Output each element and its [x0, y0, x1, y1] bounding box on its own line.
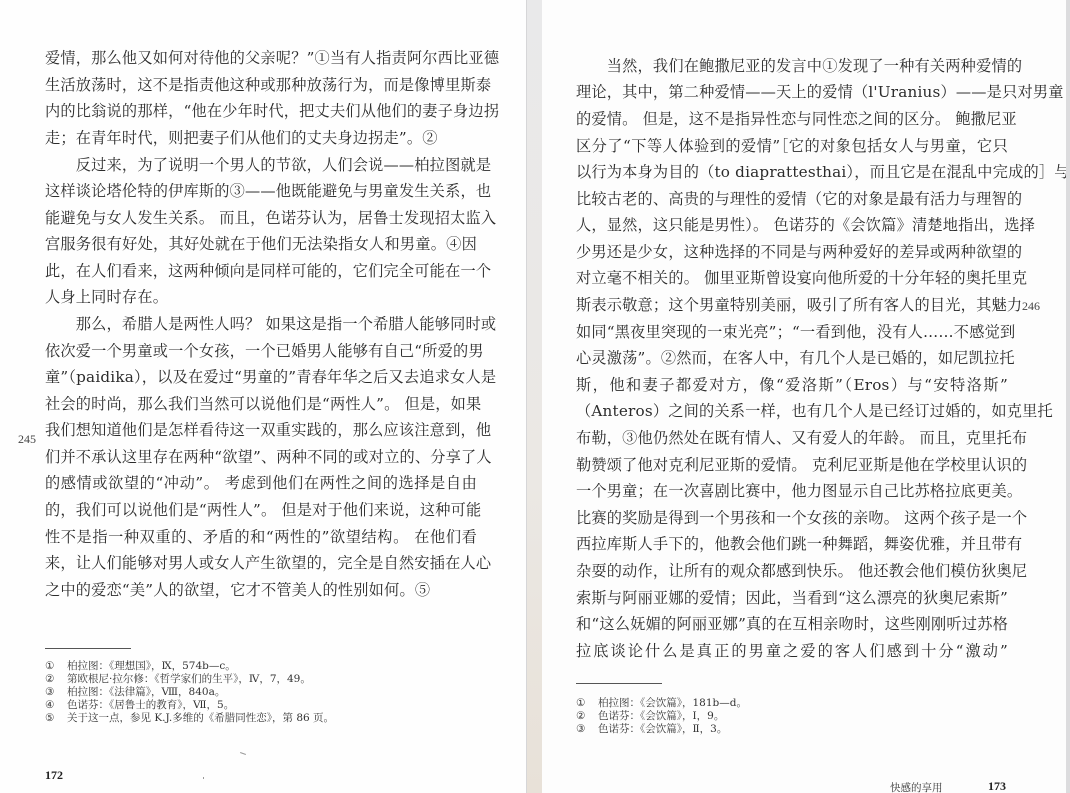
text-line: 勒赞颂了他对克利尼亚斯的爱情。 克利尼亚斯是他在学校里认识的	[576, 455, 1008, 475]
text-line: 我们想知道他们是怎样看待这一双重实践的，那么应该注意到，他	[45, 420, 477, 440]
page-number: 172	[45, 768, 63, 783]
footnote-mark: ①	[45, 660, 67, 673]
window-edge	[1066, 0, 1070, 793]
text-line: 一个男童；在一次喜剧比赛中，他力图显示自己比苏格拉底更美。	[576, 481, 1008, 501]
footnote-item: ⑤关于这一点，参见 K.J.多维的《希腊同性恋》，第 86 页。	[45, 712, 334, 725]
text-line: 社会的时尚，那么我们当然可以说他们是“两性人”。 但是，如果	[45, 394, 477, 414]
text-line: 人身上同时存在。	[45, 287, 477, 307]
text-line: 索斯与阿丽亚娜的爱情；因此，当看到“这么漂亮的狄奥尼索斯”	[576, 588, 1008, 608]
text-line: 区分了“下等人体验到的爱情”［它的对象包括女人与男童，它只	[576, 136, 1008, 156]
text-line: 童”（paidika），以及在爱过“男童的”青春年华之后又去追求女人是	[45, 367, 477, 387]
text-line: 之中的爱恋“美”人的欲望，它才不管美人的性别如何。⑤	[45, 580, 477, 600]
text-line: 理论，其中，第二种爱情——天上的爱情（l'Uranius）——是只对男童	[576, 82, 1008, 102]
footnote-mark: ③	[45, 686, 67, 699]
footnote-item: ③色诺芬：《会饮篇》，Ⅱ，3。	[576, 723, 727, 736]
text-line: 比赛的奖励是得到一个男孩和一个女孩的亲吻。 这两个孩子是一个	[576, 508, 1008, 528]
scan-speck	[240, 752, 246, 755]
text-line: 那么，希腊人是两性人吗？ 如果这是指一个希腊人能够同时或	[45, 314, 477, 334]
text-line: 依次爱一个男童或一个女孩，一个已婚男人能够有自己“所爱的男	[45, 341, 477, 361]
text-line: 反过来，为了说明一个男人的节欲，人们会说——柏拉图就是	[45, 155, 477, 175]
text-line: 西拉库斯人手下的，他教会他们跳一种舞蹈，舞姿优雅，并且带有	[576, 534, 1008, 554]
text-line: 如同“黑夜里突现的一束光亮”；“一看到他，没有人……不感觉到	[576, 322, 1008, 342]
margin-page-marker: 245	[18, 432, 36, 447]
footnote-mark: ③	[576, 723, 598, 736]
text-line: 爱情，那么他又如何对待他的父亲呢？”①当有人指责阿尔西比亚德	[45, 48, 477, 68]
text-line: 此，在人们看来，这两种倾向是同样可能的，它们完全可能在一个	[45, 261, 477, 281]
footnote-rule	[576, 683, 662, 684]
text-line: 走；在青年时代，则把妻子们从他们的丈夫身边拐走”。②	[45, 128, 477, 148]
footnote-text: 第欧根尼·拉尔修：《哲学家们的生平》，Ⅳ，7，49。	[67, 673, 311, 685]
text-line: 斯，他和妻子都爱对方，像“爱洛斯”（Eros）与“安特洛斯”	[576, 375, 1008, 395]
text-line: 生活放荡时，这不是指责他这种或那种放荡行为，而是像博里斯泰	[45, 75, 477, 95]
text-line: 对立毫不相关的。 伽里亚斯曾设宴向他所爱的十分年轻的奥托里克	[576, 268, 1008, 288]
text-line: 杂耍的动作，让所有的观众都感到快乐。 他还教会他们模仿狄奥尼	[576, 561, 1008, 581]
footnote-item: ①柏拉图：《理想国》，Ⅸ，574b—c。	[45, 660, 236, 673]
text-line: 的感情或欲望的“冲动”。 考虑到他们在两性之间的选择是自由	[45, 473, 477, 493]
text-line: 少男还是少女，这种选择的不同是与两种爱好的差异或两种欲望的	[576, 242, 1008, 262]
footnote-item: ②色诺芬：《会饮篇》，Ⅰ，9。	[576, 710, 724, 723]
footnote-text: 柏拉图：《会饮篇》，181b—d。	[598, 697, 747, 709]
footnote-mark: ①	[576, 697, 598, 710]
text-line: 和“这么妩媚的阿丽亚娜”真的在互相亲吻时，这些刚刚听过苏格	[576, 614, 1008, 634]
text-line: 拉底谈论什么是真正的男童之爱的客人们感到十分“激动”	[576, 641, 1008, 661]
footnote-item: ③柏拉图：《法律篇》，Ⅷ，840a。	[45, 686, 225, 699]
footnote-item: ④色诺芬：《居鲁士的教育》，Ⅶ，5。	[45, 699, 234, 712]
text-line: 们并不承认这里存在两种“欲望”、两种不同的或对立的、分享了人	[45, 447, 477, 467]
footnote-text: 关于这一点，参见 K.J.多维的《希腊同性恋》，第 86 页。	[67, 712, 334, 724]
footnote-text: 色诺芬：《会饮篇》，Ⅰ，9。	[598, 710, 724, 722]
running-head: 快感的享用	[890, 780, 943, 793]
text-line: 当然，我们在鲍撒尼亚的发言中①发现了一种有关两种爱情的	[576, 56, 1008, 76]
text-line: 来，让人们能够对男人或女人产生欲望的，完全是自然安插在人心	[45, 553, 477, 573]
footnote-mark: ②	[576, 710, 598, 723]
text-line: 斯表示敬意；这个男童特别美丽，吸引了所有客人的目光，其魅力	[576, 295, 1008, 315]
text-line: 宫服务很有好处，其好处就在于他们无法染指女人和男童。④因	[45, 234, 477, 254]
footnote-mark: ②	[45, 673, 67, 686]
text-line: 以行为本身为目的（to diaprattesthai），而且它是在混乱中完成的］…	[576, 162, 1008, 182]
margin-page-marker: 246	[1022, 299, 1040, 314]
text-line: 的爱情。 但是，这不是指异性恋与同性恋之间的区分。 鲍撒尼亚	[576, 109, 1008, 129]
footnote-mark: ⑤	[45, 712, 67, 725]
footnote-item: ①柏拉图：《会饮篇》，181b—d。	[576, 697, 747, 710]
scan-speck	[203, 777, 204, 779]
page-number: 173	[988, 779, 1006, 793]
footnote-text: 柏拉图：《法律篇》，Ⅷ，840a。	[67, 686, 225, 698]
footnote-text: 色诺芬：《会饮篇》，Ⅱ，3。	[598, 723, 727, 735]
text-line: （Anteros）之间的关系一样，也有几个人是已经订过婚的，如克里托	[576, 401, 1008, 421]
right-page: 当然，我们在鲍撒尼亚的发言中①发现了一种有关两种爱情的 理论，其中，第二种爱情—…	[542, 0, 1066, 793]
footnote-text: 色诺芬：《居鲁士的教育》，Ⅶ，5。	[67, 699, 234, 711]
text-line: 这样谈论塔伦特的伊库斯的③——他既能避免与男童发生关系，也	[45, 181, 477, 201]
text-line: 比较古老的、高贵的与理性的爱情（它的对象是最有活力与理智的	[576, 189, 1008, 209]
footnote-mark: ④	[45, 699, 67, 712]
footnote-rule	[45, 648, 131, 649]
text-line: 能避免与女人发生关系。 而且，色诺芬认为，居鲁士发现招太监入	[45, 208, 477, 228]
text-line: 性不是指一种双重的、矛盾的和“两性的”欲望结构。 在他们看	[45, 527, 477, 547]
footnote-item: ②第欧根尼·拉尔修：《哲学家们的生平》，Ⅳ，7，49。	[45, 673, 311, 686]
text-line: 布勒，③他仍然处在既有情人、又有爱人的年龄。 而且，克里托布	[576, 428, 1008, 448]
footnote-text: 柏拉图：《理想国》，Ⅸ，574b—c。	[67, 660, 236, 672]
left-page: 爱情，那么他又如何对待他的父亲呢？”①当有人指责阿尔西比亚德 生活放荡时，这不是…	[0, 0, 526, 793]
text-line: 人，显然，这只能是男性）。 色诺芬的《会饮篇》清楚地指出，选择	[576, 215, 1008, 235]
text-line: 内的比翁说的那样，“他在少年时代，把丈夫们从他们的妻子身边拐	[45, 101, 477, 121]
text-line: 心灵激荡”。②然而，在客人中，有几个人是已婚的，如尼凯拉托	[576, 348, 1008, 368]
text-line: 的，我们可以说他们是“两性人”。 但是对于他们来说，这种可能	[45, 500, 477, 520]
